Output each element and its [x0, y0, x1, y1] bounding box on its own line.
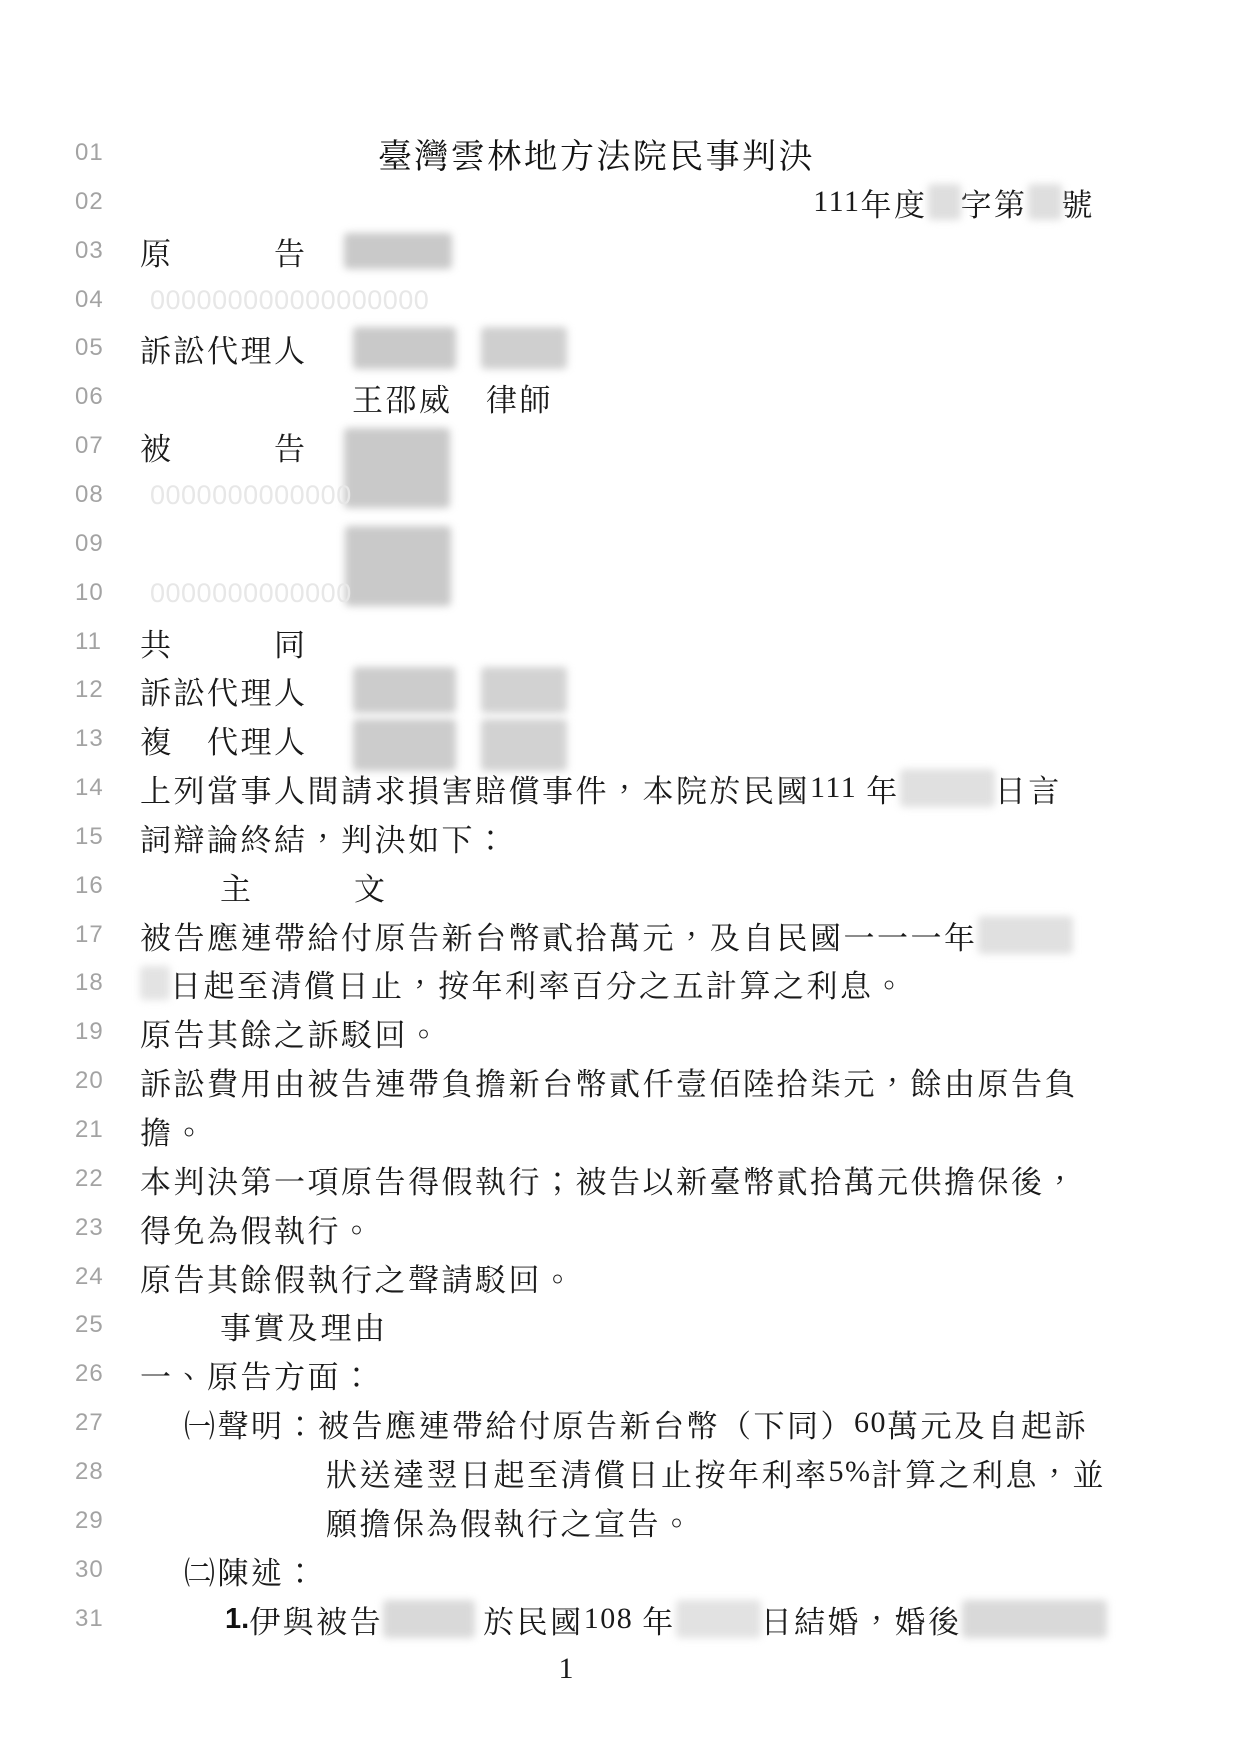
document-line: 22本判決第一項原告得假執行；被告以新臺幣貳拾萬元供擔保後，: [140, 1158, 1095, 1200]
line-number: 13: [75, 725, 130, 753]
document-line: 25事實及理由: [140, 1304, 1095, 1346]
line-text: 主 文: [220, 864, 388, 909]
document-line: 14上列當事人間請求損害賠償事件，本院於民國111 年日言: [140, 767, 1095, 809]
line-number: 24: [75, 1263, 130, 1291]
redaction-blur: [344, 233, 452, 269]
document-line: 06王邵威 律師: [140, 376, 1095, 418]
line-number: 09: [75, 530, 130, 558]
inline-number: 111: [810, 771, 866, 805]
document-line: 13複 代理人: [140, 718, 1095, 760]
line-number: 19: [75, 1018, 130, 1046]
list-item-number: 1.: [225, 1603, 249, 1636]
line-text: 一、原告方面：: [140, 1352, 375, 1397]
redacted-placeholder-zeros: 000000000000000000: [150, 285, 429, 316]
page-number: 1: [536, 1652, 596, 1686]
document-line: 07被 告: [140, 425, 1095, 467]
line-number: 10: [75, 579, 130, 607]
line-text: 複 代理人: [140, 717, 308, 762]
document-line: 080000000000000: [140, 474, 1095, 516]
line-text: 詞辯論終結，判決如下：: [140, 815, 509, 860]
line-number: 31: [75, 1605, 130, 1633]
line-number: 28: [75, 1458, 130, 1486]
document-line: 15詞辯論終結，判決如下：: [140, 816, 1095, 858]
line-text: 訴訟費用由被告連帶負擔新台幣貳仟壹佰陸拾柒元，餘由原告負: [140, 1059, 1078, 1104]
document-line: 01臺灣雲林地方法院民事判決: [140, 132, 1095, 174]
line-text: 訴訟代理人: [140, 668, 308, 713]
redaction-blur: [962, 1600, 1107, 1638]
line-text: 號: [1062, 180, 1096, 225]
inline-number: 60: [854, 1406, 887, 1440]
document-line: 19原告其餘之訴駁回。: [140, 1011, 1095, 1053]
line-text: 年: [866, 766, 900, 811]
line-text: 訴訟代理人: [140, 326, 308, 371]
redaction-blur: [383, 1600, 475, 1638]
redaction-blur: [353, 719, 456, 771]
document-line: 09: [140, 523, 1095, 565]
line-text: 於民國: [483, 1597, 584, 1642]
redaction-blur: [1028, 184, 1062, 220]
line-text: 被告應連帶給付原告新台幣貳拾萬元，及自民國一一一年: [140, 913, 978, 958]
document-line: 311.伊與被告於民國108 年日結婚，婚後: [140, 1598, 1095, 1640]
redaction-blur: [978, 916, 1073, 954]
document-line: 29願擔保為假執行之宣告。: [140, 1500, 1095, 1542]
document-line: 23得免為假執行。: [140, 1207, 1095, 1249]
document-title: 臺灣雲林地方法院民事判決: [378, 129, 815, 178]
line-number: 21: [75, 1116, 130, 1144]
redaction-blur: [481, 719, 567, 771]
line-text: 被 告: [140, 424, 308, 469]
redacted-placeholder-zeros: 0000000000000: [150, 578, 352, 609]
document-line: 21擔。: [140, 1109, 1095, 1151]
document-line: 18日起至清償日止，按年利率百分之五計算之利息。: [140, 962, 1095, 1004]
line-number: 16: [75, 872, 130, 900]
line-number: 29: [75, 1507, 130, 1535]
line-text: ㈡陳述：: [184, 1548, 318, 1593]
inline-number: 108: [584, 1602, 643, 1636]
line-text: 字第: [961, 180, 1028, 225]
redaction-blur: [353, 327, 456, 369]
document-line: 100000000000000: [140, 572, 1095, 614]
line-text: 年度: [861, 180, 928, 225]
judgment-document-page: 01臺灣雲林地方法院民事判決02111年度字第號03原 告04000000000…: [0, 0, 1238, 1752]
line-number: 06: [75, 383, 130, 411]
inline-number: 111: [813, 185, 860, 219]
document-line: 16主 文: [140, 865, 1095, 907]
line-number: 11: [75, 628, 130, 656]
line-number: 14: [75, 774, 130, 802]
line-text: 計算之利息，並: [872, 1450, 1107, 1495]
line-text: 原告其餘假執行之聲請駁回。: [140, 1255, 576, 1300]
line-number: 01: [75, 139, 130, 167]
document-line: 02111年度字第號: [140, 181, 1095, 223]
line-text: 上列當事人間請求損害賠償事件，本院於民國: [140, 766, 810, 811]
line-number: 26: [75, 1360, 130, 1388]
line-text: 事實及理由: [220, 1303, 388, 1348]
redaction-blur: [353, 667, 456, 713]
line-text: 伊與被告: [249, 1597, 383, 1642]
line-text: 日結婚，婚後: [761, 1597, 962, 1642]
line-text: ㈠聲明：被告應連帶給付原告新台幣（下同）: [184, 1401, 854, 1446]
line-number: 22: [75, 1165, 130, 1193]
line-text: 王邵威 律師: [352, 375, 553, 420]
line-text: 原告其餘之訴駁回。: [140, 1010, 442, 1055]
line-text: 得免為假執行。: [140, 1206, 375, 1251]
document-line: 05訴訟代理人: [140, 327, 1095, 369]
redaction-blur: [481, 667, 567, 713]
document-line: 28狀送達翌日起至清償日止按年利率5%計算之利息，並: [140, 1451, 1095, 1493]
line-number: 18: [75, 969, 130, 997]
line-text: 年: [642, 1597, 676, 1642]
document-line: 04000000000000000000: [140, 279, 1095, 321]
line-text: 共 同: [140, 620, 308, 665]
document-line: 03原 告: [140, 230, 1095, 272]
line-text: 日言: [995, 766, 1062, 811]
line-number: 07: [75, 432, 130, 460]
line-text: 原 告: [140, 229, 308, 274]
redaction-blur: [481, 327, 567, 369]
line-text: 日起至清償日止，按年利率百分之五計算之利息。: [170, 961, 907, 1006]
line-number: 30: [75, 1556, 130, 1584]
line-text: 狀送達翌日起至清償日止按年利率: [326, 1450, 829, 1495]
line-number: 17: [75, 921, 130, 949]
document-line: 26一、原告方面：: [140, 1353, 1095, 1395]
inline-number: 5%: [829, 1455, 872, 1489]
line-number: 25: [75, 1311, 130, 1339]
line-text: 願擔保為假執行之宣告。: [326, 1499, 695, 1544]
line-number: 20: [75, 1067, 130, 1095]
redacted-placeholder-zeros: 0000000000000: [150, 480, 352, 511]
line-number: 12: [75, 676, 130, 704]
line-text: 萬元及自起訴: [887, 1401, 1088, 1446]
line-text: 擔。: [140, 1108, 207, 1153]
document-line: 11共 同: [140, 621, 1095, 663]
document-line: 24原告其餘假執行之聲請駁回。: [140, 1256, 1095, 1298]
line-number: 05: [75, 334, 130, 362]
line-number: 23: [75, 1214, 130, 1242]
line-number: 27: [75, 1409, 130, 1437]
document-line: 20訴訟費用由被告連帶負擔新台幣貳仟壹佰陸拾柒元，餘由原告負: [140, 1060, 1095, 1102]
document-line: 17被告應連帶給付原告新台幣貳拾萬元，及自民國一一一年: [140, 914, 1095, 956]
line-text: 本判決第一項原告得假執行；被告以新臺幣貳拾萬元供擔保後，: [140, 1157, 1078, 1202]
redaction-blur: [928, 184, 961, 220]
line-number: 08: [75, 481, 130, 509]
document-line: 27㈠聲明：被告應連帶給付原告新台幣（下同）60萬元及自起訴: [140, 1402, 1095, 1444]
line-number: 02: [75, 188, 130, 216]
redaction-blur: [900, 769, 995, 807]
line-number: 03: [75, 237, 130, 265]
redaction-blur: [140, 966, 170, 1000]
line-number: 15: [75, 823, 130, 851]
redaction-blur: [676, 1600, 761, 1638]
document-line: 12訴訟代理人: [140, 669, 1095, 711]
document-line: 30㈡陳述：: [140, 1549, 1095, 1591]
line-number: 04: [75, 286, 130, 314]
